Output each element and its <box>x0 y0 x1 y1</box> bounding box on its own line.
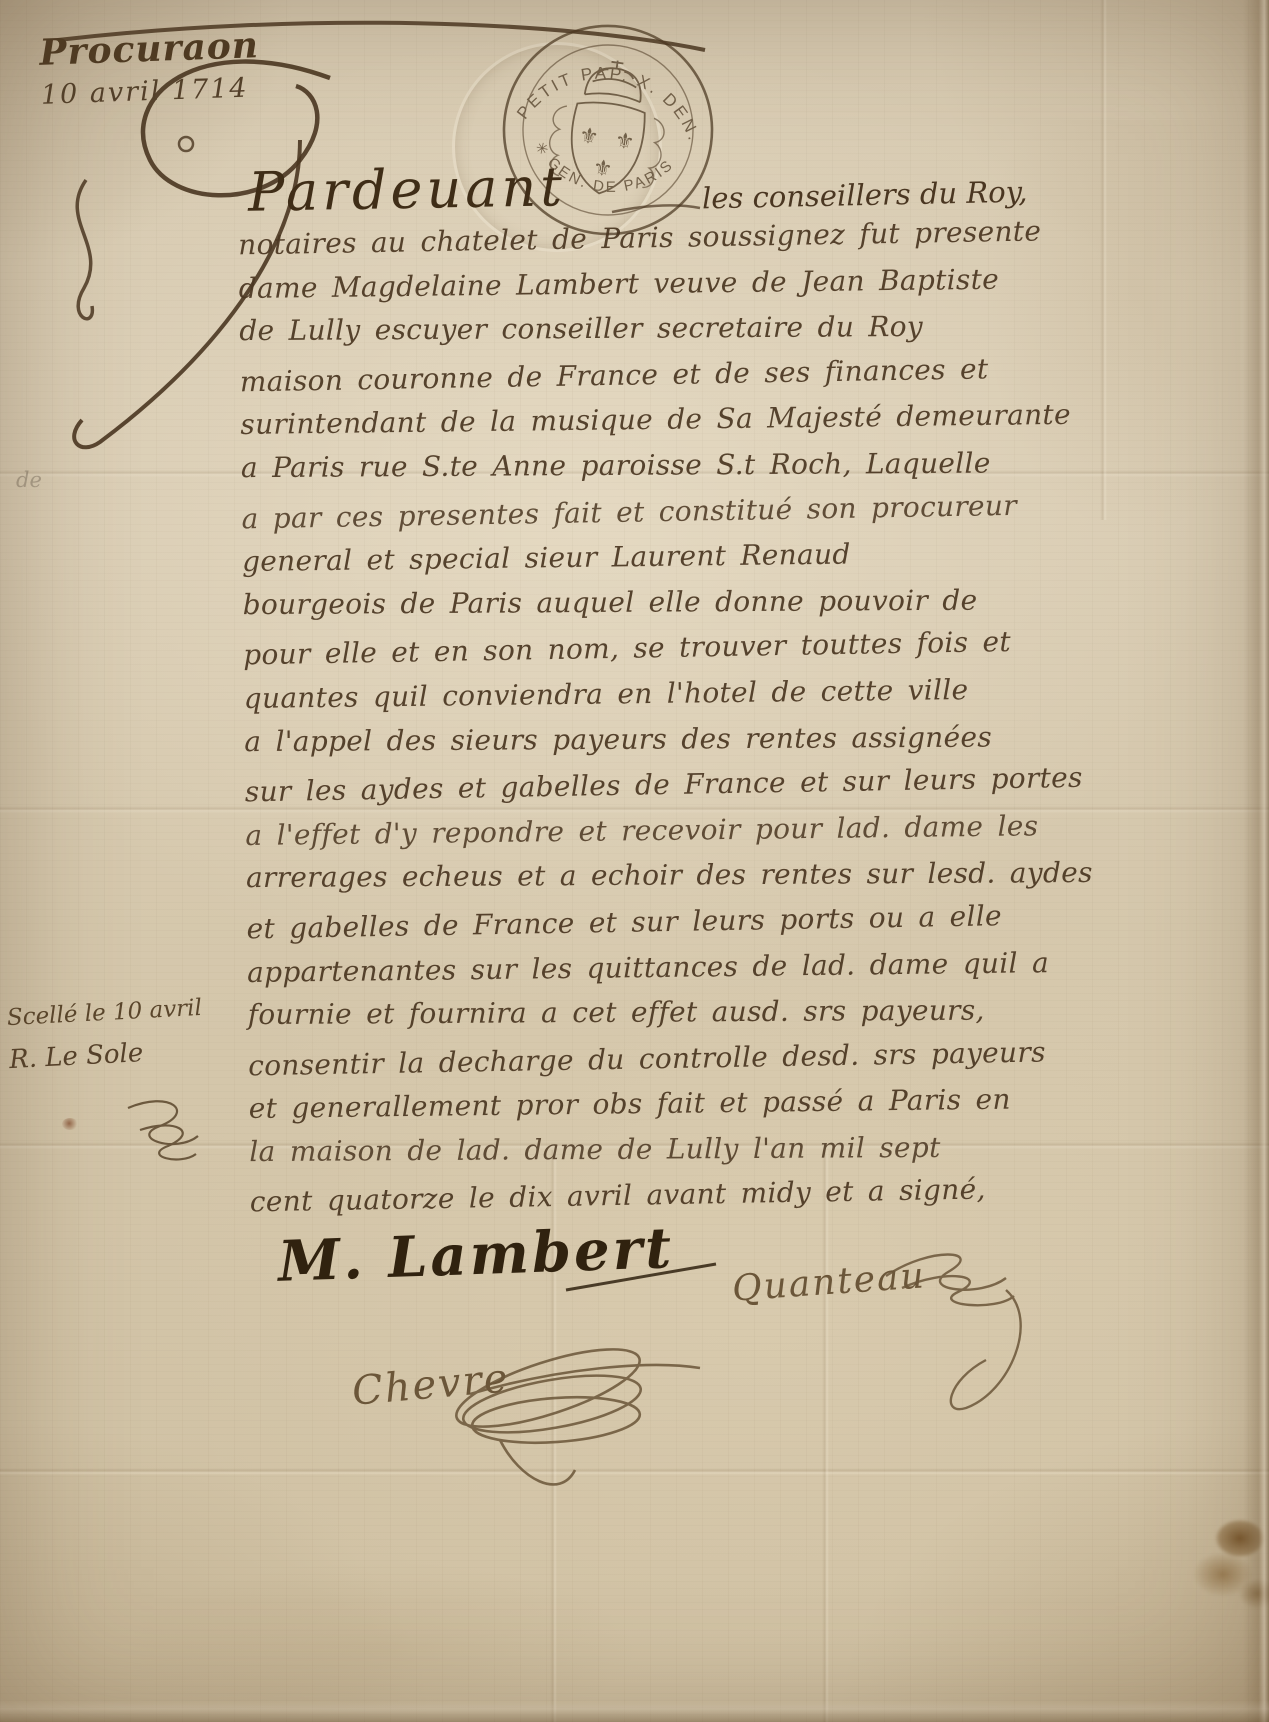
manuscript-photo: { "document_type": "Procuration manuscri… <box>0 0 1269 1722</box>
photo-vignette <box>0 0 1269 1722</box>
